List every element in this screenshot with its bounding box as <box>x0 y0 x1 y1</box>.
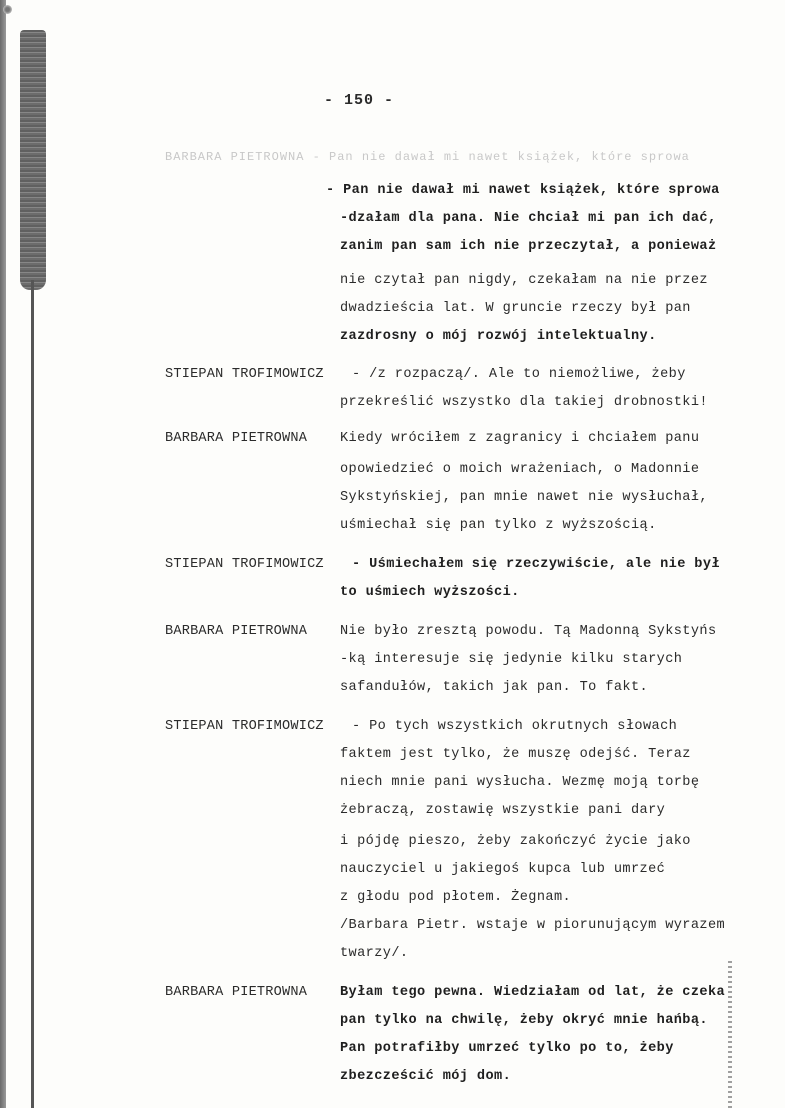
scan-corner-mark <box>3 5 12 14</box>
binding-line <box>31 280 34 1108</box>
dialogue-line: z głodu pod płotem. Żegnam. <box>340 890 571 905</box>
dialogue-line: żebraczą, zostawię wszystkie pani dary <box>340 803 665 818</box>
dialogue-line: -dzałam dla pana. Nie chciał mi pan ich … <box>340 211 717 226</box>
dialogue-line: pan tylko na chwilę, żeby okryć mnie hań… <box>340 1013 708 1028</box>
speaker-name: STIEPAN TROFIMOWICZ <box>165 719 324 734</box>
dialogue-line: Byłam tego pewna. Wiedziałam od lat, że … <box>340 985 725 1000</box>
bleed-through-text: BARBARA PIETROWNA - Pan nie dawał mi naw… <box>165 150 775 164</box>
scan-left-edge <box>0 0 6 1108</box>
stage-direction: /Barbara Pietr. wstaje w piorunującym wy… <box>340 918 725 933</box>
speaker-name: BARBARA PIETROWNA <box>165 624 307 639</box>
scan-noise <box>728 960 732 1108</box>
binding-shadow <box>20 30 46 290</box>
dialogue-line: nie czytał pan nigdy, czekałam na nie pr… <box>340 273 708 288</box>
speaker-name: BARBARA PIETROWNA <box>165 431 307 446</box>
dialogue-line: to uśmiech wyższości. <box>340 585 520 600</box>
dialogue-line: zanim pan sam ich nie przeczytał, a poni… <box>340 239 717 254</box>
dialogue-line: przekreślić wszystko dla takiej drobnost… <box>340 395 708 410</box>
dialogue-line: safandułów, takich jak pan. To fakt. <box>340 680 648 695</box>
dialogue-line: zazdrosny o mój rozwój intelektualny. <box>340 329 657 344</box>
speaker-name: STIEPAN TROFIMOWICZ <box>165 557 324 572</box>
dialogue-line: Sykstyńskiej, pan mnie nawet nie wysłuch… <box>340 490 708 505</box>
dialogue-line: Pan potrafiłby umrzeć tylko po to, żeby <box>340 1041 674 1056</box>
dialogue-line: faktem jest tylko, że muszę odejść. Tera… <box>340 747 691 762</box>
dialogue-line: - Uśmiechałem się rzeczywiście, ale nie … <box>352 557 720 572</box>
dialogue-line: zbezcześcić mój dom. <box>340 1069 511 1084</box>
dialogue-line: Kiedy wróciłem z zagranicy i chciałem pa… <box>340 431 699 446</box>
dialogue-line: uśmiechał się pan tylko z wyższością. <box>340 518 657 533</box>
dialogue-line: -ką interesuje się jedynie kilku starych <box>340 652 682 667</box>
dialogue-line: niech mnie pani wysłucha. Wezmę moją tor… <box>340 775 699 790</box>
speaker-name: BARBARA PIETROWNA <box>165 985 307 1000</box>
dialogue-line: - Pan nie dawał mi nawet książek, które … <box>326 183 720 198</box>
speaker-name: STIEPAN TROFIMOWICZ <box>165 367 324 382</box>
dialogue-line: nauczyciel u jakiegoś kupca lub umrzeć <box>340 862 665 877</box>
dialogue-line: i pójdę pieszo, żeby zakończyć życie jak… <box>340 834 691 849</box>
dialogue-line: - /z rozpaczą/. Ale to niemożliwe, żeby <box>352 367 686 382</box>
page-number: - 150 - <box>324 92 394 109</box>
dialogue-line: Nie było zresztą powodu. Tą Madonną Syks… <box>340 624 717 639</box>
stage-direction: twarzy/. <box>340 946 408 961</box>
dialogue-line: - Po tych wszystkich okrutnych słowach <box>352 719 677 734</box>
dialogue-line: dwadzieścia lat. W gruncie rzeczy był pa… <box>340 301 691 316</box>
dialogue-line: opowiedzieć o moich wrażeniach, o Madonn… <box>340 462 699 477</box>
